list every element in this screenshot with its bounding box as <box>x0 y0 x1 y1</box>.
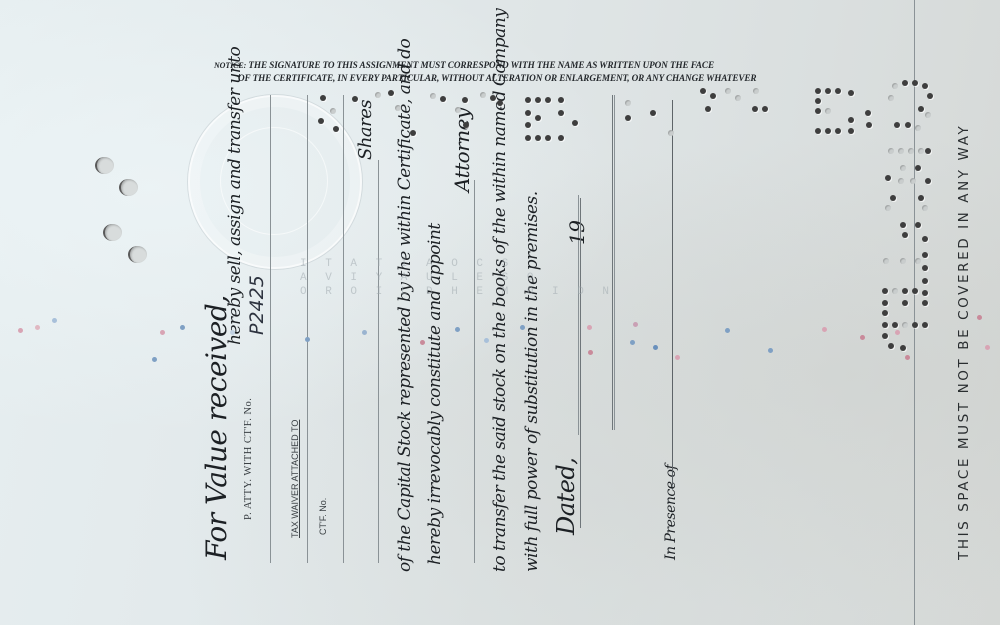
show-through-text: A V I Y A U L E S O <box>300 272 539 284</box>
shares-label: Shares <box>355 100 376 160</box>
capital-stock-line: of the Capital Stock represented by the … <box>395 39 415 572</box>
binder-hole <box>128 246 147 263</box>
rule-line-ctf-no <box>343 95 344 563</box>
binder-hole <box>119 179 138 196</box>
ctf-no-label: CT'F. No. <box>318 498 328 535</box>
p-atty-label: P. ATTY. WITH CT'F. No. <box>243 398 254 520</box>
show-through-text: O R O I L D H E M O I D N <box>300 286 615 298</box>
dated-label: Dated, <box>552 458 580 535</box>
dated-blank-line <box>580 198 581 528</box>
notice-text-1: THE SIGNATURE TO THIS ASSIGNMENT MUST CO… <box>248 60 714 70</box>
embossed-corporate-seal <box>188 95 362 269</box>
margin-warning: THIS SPACE MUST NOT BE COVERED IN ANY WA… <box>956 124 972 560</box>
rule-line-p-atty <box>270 95 271 563</box>
margin-line <box>914 0 915 625</box>
substitution-line: with full power of substitution in the p… <box>522 191 542 572</box>
signature-blank-line <box>612 95 613 430</box>
rule-line-attorney <box>474 180 475 563</box>
attorney-label: Attorney <box>450 108 474 192</box>
hereby-sell-assign-transfer: hereby sell, assign and transfer unto <box>225 47 245 345</box>
witness-blank-line <box>672 100 673 485</box>
rule-line-tax-waiver <box>307 95 308 563</box>
rule-line-signature-1 <box>614 95 615 430</box>
binder-hole <box>95 157 114 174</box>
show-through-text: I T A T I A O C S <box>300 258 514 270</box>
rule-line-shares <box>378 160 379 563</box>
tax-waiver-label: TAX WAIVER ATTACHED TO <box>290 420 300 538</box>
notice-line-1: NOTICE: THE SIGNATURE TO THIS ASSIGNMENT… <box>214 60 714 70</box>
in-presence-of-label: In Presence of <box>663 465 679 560</box>
p-atty-handwritten-number: P2425 <box>246 275 268 335</box>
binder-hole <box>103 224 122 241</box>
dated-year-prefix: 19 <box>565 221 589 245</box>
